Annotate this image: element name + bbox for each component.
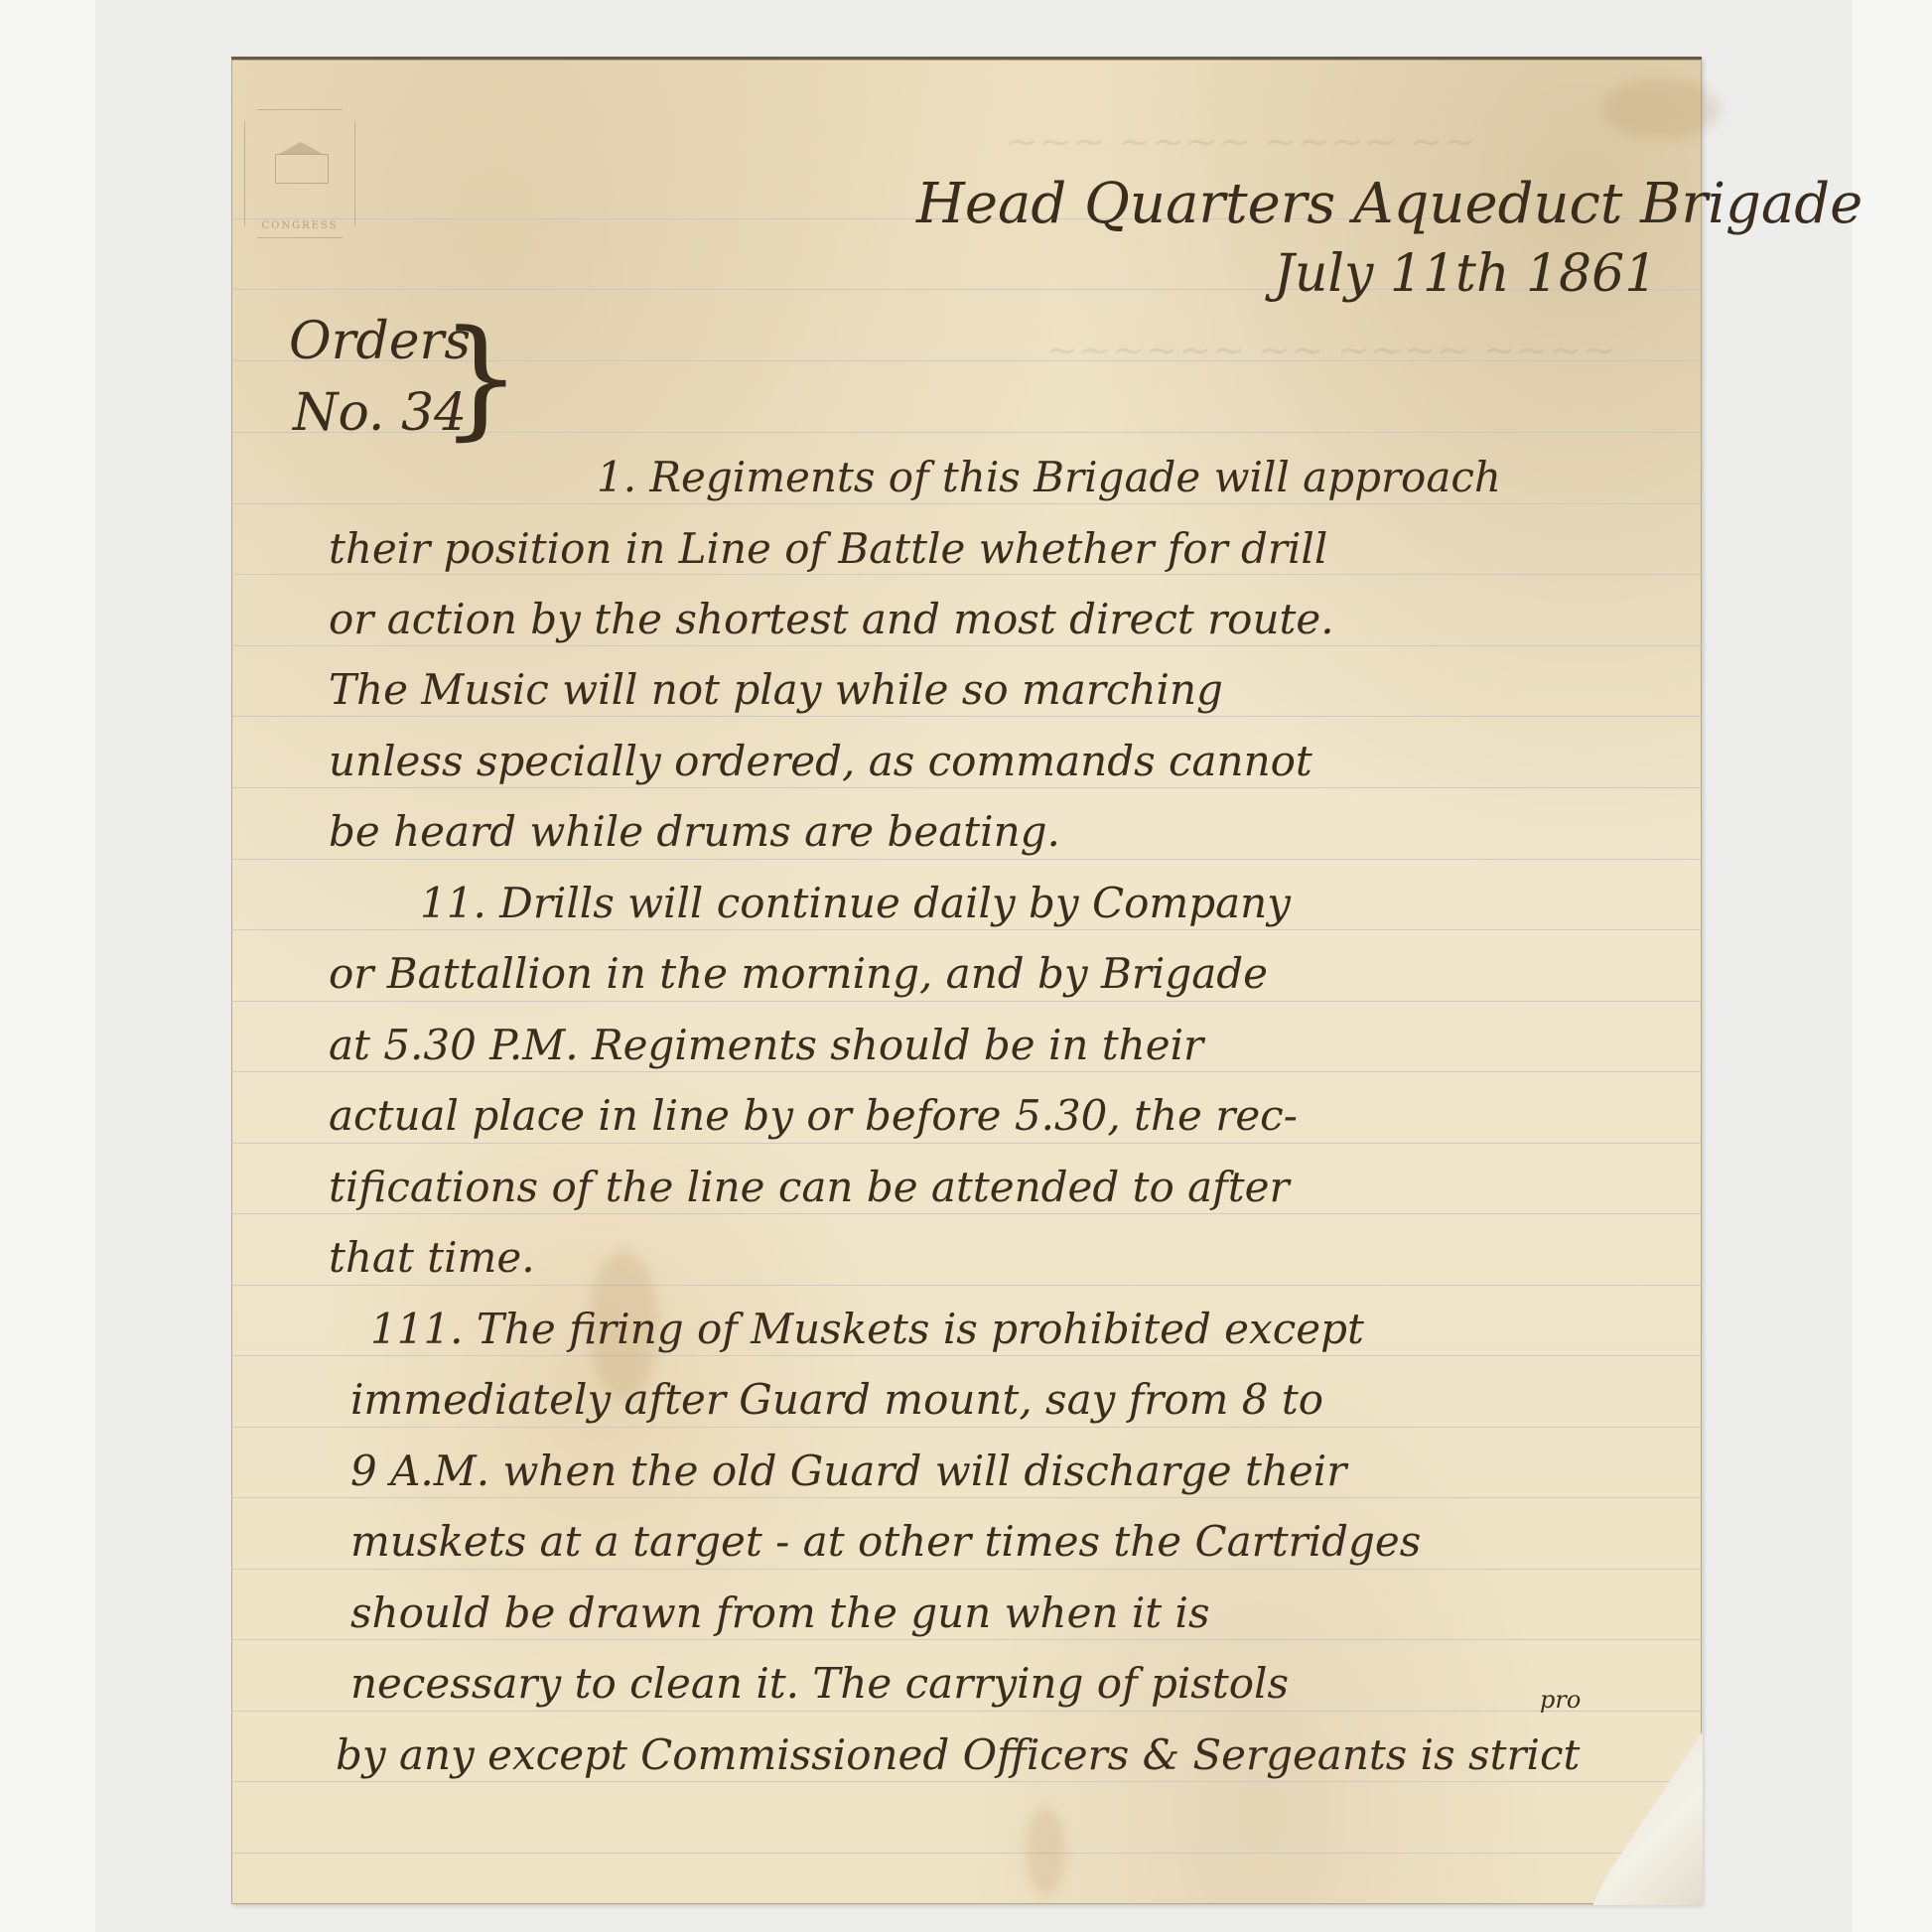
heading-place: Head Quarters Aqueduct Brigade (916, 177, 1863, 232)
order-brace: } (440, 313, 522, 442)
body-line: be heard while drums are beating. (329, 811, 1060, 853)
capitol-building-icon (275, 154, 329, 184)
ruling-line (231, 574, 1702, 575)
embossed-stamp-congress: CONGRESS (244, 109, 355, 238)
body-line: tifications of the line can be attended … (329, 1167, 1290, 1208)
water-stain (1601, 79, 1721, 139)
ruling-line (231, 1427, 1702, 1428)
ink-smudge (1026, 1807, 1065, 1896)
capitol-roof-icon (279, 142, 323, 154)
body-line: 9 A.M. when the old Guard will discharge… (350, 1450, 1346, 1492)
ruling-line (231, 1213, 1702, 1214)
ruling-line (231, 1853, 1702, 1854)
body-line: or action by the shortest and most direc… (329, 599, 1334, 640)
ruling-line (231, 1355, 1702, 1356)
ruling-line (231, 1143, 1702, 1144)
ruling-line (231, 787, 1702, 788)
ruling-line (231, 1781, 1702, 1782)
body-line: 1. Regiments of this Brigade will approa… (597, 457, 1501, 498)
ruling-line (231, 929, 1702, 930)
body-line: muskets at a target - at other times the… (350, 1521, 1421, 1563)
interlinear-insertion: pro (1540, 1688, 1581, 1712)
body-line: immediately after Guard mount, say from … (350, 1379, 1323, 1421)
body-line: should be drawn from the gun when it is (350, 1592, 1210, 1634)
heading-date: July 11th 1861 (1274, 248, 1657, 300)
body-line: unless specially ordered, as commands ca… (329, 741, 1312, 782)
bleed-through-text: ~~~ ~~~~ ~~~~ ~~ (1006, 119, 1476, 165)
ruling-line (231, 1285, 1702, 1286)
folded-corner (1592, 1731, 1703, 1905)
ruling-line (231, 1071, 1702, 1072)
ruling-line (231, 645, 1702, 646)
ruling-line (231, 1569, 1702, 1570)
ruling-line (231, 859, 1702, 860)
ruling-line (231, 1639, 1702, 1640)
body-line: by any except Commissioned Officers & Se… (336, 1734, 1580, 1776)
body-line: at 5.30 P.M. Regiments should be in thei… (329, 1025, 1203, 1066)
body-line: their position in Line of Battle whether… (329, 528, 1327, 570)
ruling-line (231, 716, 1702, 717)
ruling-line (231, 1497, 1702, 1498)
body-line: or Battallion in the morning, and by Bri… (329, 953, 1268, 995)
ruling-line (231, 1001, 1702, 1002)
body-line: necessary to clean it. The carrying of p… (350, 1663, 1289, 1705)
manuscript-page: ~~~ ~~~~ ~~~~ ~~ ~~~~~~ ~~ ~~~~ ~~~~ CON… (231, 57, 1702, 1904)
body-line: actual place in line by or before 5.30, … (329, 1095, 1298, 1137)
ruling-line (231, 503, 1702, 504)
ruling-line (231, 1711, 1702, 1712)
bleed-through-text: ~~~~~~ ~~ ~~~~ ~~~~ (1045, 328, 1615, 373)
stamp-label: CONGRESS (245, 220, 354, 231)
body-line: that time. (329, 1237, 535, 1279)
body-line: The Music will not play while so marchin… (329, 669, 1223, 711)
body-line-section-3: 111. The firing of Muskets is prohibited… (370, 1309, 1364, 1350)
body-line-section-2: 11. Drills will continue daily by Compan… (420, 883, 1291, 924)
